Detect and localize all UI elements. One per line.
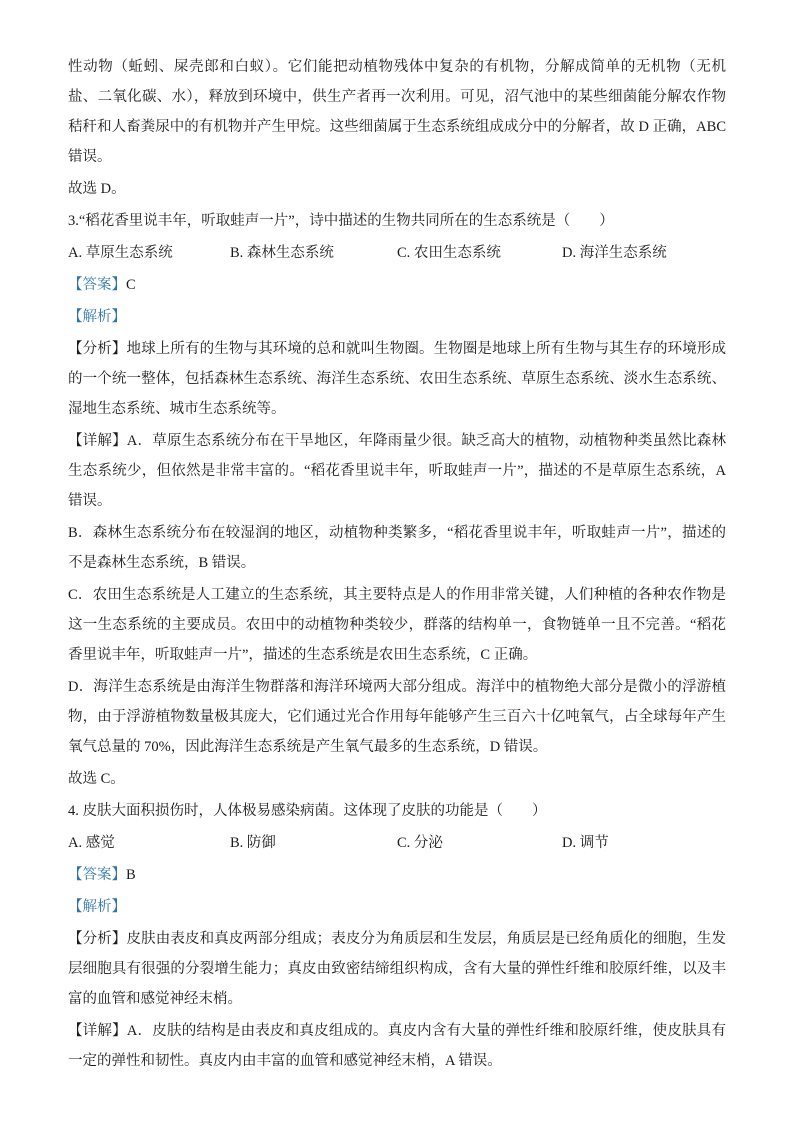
- question-3-options: A. 草原生态系统 B. 森林生态系统 C. 农田生态系统 D. 海洋生态系统: [68, 238, 726, 268]
- question-3-jiexi-line: 【解析】: [68, 302, 726, 332]
- question-4-stem: 4. 皮肤大面积损伤时，人体极易感染病菌。这体现了皮肤的功能是（ ）: [68, 796, 726, 826]
- question-3-detail-c: C．农田生态系统是人工建立的生态系统，其主要特点是人的作用非常关键，人们种植的各…: [68, 580, 726, 670]
- option-text: 调节: [580, 835, 609, 851]
- question-4-jiexi-line: 【解析】: [68, 892, 726, 922]
- jiexi-marker: 【解析】: [68, 899, 126, 915]
- option-text: 海洋生态系统: [580, 245, 667, 261]
- question-4-option-a: A. 感觉: [68, 828, 230, 858]
- question-3-detail-b: B．森林生态系统分布在较湿润的地区，动植物种类繁多，“稻花香里说丰年，听取蛙声一…: [68, 518, 726, 578]
- question-3-option-c: C. 农田生态系统: [397, 238, 562, 268]
- option-label: A.: [68, 245, 82, 261]
- option-text: 草原生态系统: [86, 245, 173, 261]
- prev-question-detail-tail: 性动物（蚯蚓、屎壳郎和白蚁）。它们能把动植物残体中复杂的有机物，分解成简单的无机…: [68, 52, 726, 172]
- question-4-analysis: 【分析】皮肤由表皮和真皮两部分组成；表皮分为角质层和生发层，角质层是已经角质化的…: [68, 924, 726, 1014]
- option-text: 森林生态系统: [247, 245, 334, 261]
- question-4-option-b: B. 防御: [230, 828, 397, 858]
- question-4-answer-line: 【答案】B: [68, 860, 726, 890]
- option-label: D.: [562, 245, 576, 261]
- prev-question-conclusion: 故选 D。: [68, 174, 726, 204]
- question-3-analysis: 【分析】地球上所有的生物与其环境的总和就叫生物圈。生物圈是地球上所有生物与其生存…: [68, 334, 726, 424]
- question-4-options: A. 感觉 B. 防御 C. 分泌 D. 调节: [68, 828, 726, 858]
- question-3-detail-a: 【详解】A．草原生态系统分布在干旱地区，年降雨量少很。缺乏高大的植物，动植物种类…: [68, 426, 726, 516]
- answer-marker: 【答案】: [68, 277, 126, 293]
- question-3-option-d: D. 海洋生态系统: [562, 238, 726, 268]
- question-3-detail-d: D．海洋生态系统是由海洋生物群落和海洋环境两大部分组成。海洋中的植物绝大部分是微…: [68, 672, 726, 762]
- option-label: B.: [230, 245, 243, 261]
- question-3-answer-line: 【答案】C: [68, 270, 726, 300]
- option-label: B.: [230, 835, 243, 851]
- question-4-option-c: C. 分泌: [397, 828, 562, 858]
- option-text: 分泌: [414, 835, 443, 851]
- option-label: A.: [68, 835, 82, 851]
- option-label: C.: [397, 835, 410, 851]
- option-text: 感觉: [86, 835, 115, 851]
- question-4-answer: B: [126, 867, 136, 883]
- question-3-conclusion: 故选 C。: [68, 764, 726, 794]
- question-4-option-d: D. 调节: [562, 828, 726, 858]
- option-text: 农田生态系统: [414, 245, 501, 261]
- option-label: D.: [562, 835, 576, 851]
- question-3-option-b: B. 森林生态系统: [230, 238, 397, 268]
- option-label: C.: [397, 245, 410, 261]
- document-page: 性动物（蚯蚓、屎壳郎和白蚁）。它们能把动植物残体中复杂的有机物，分解成简单的无机…: [0, 0, 793, 1122]
- jiexi-marker: 【解析】: [68, 309, 126, 325]
- question-4-detail-a: 【详解】A．皮肤的结构是由表皮和真皮组成的。真皮内含有大量的弹性纤维和胶原纤维，…: [68, 1016, 726, 1076]
- question-3-option-a: A. 草原生态系统: [68, 238, 230, 268]
- question-3-answer: C: [126, 277, 136, 293]
- option-text: 防御: [247, 835, 276, 851]
- question-3-stem: 3.“稻花香里说丰年，听取蛙声一片”，诗中描述的生物共同所在的生态系统是（ ）: [68, 206, 726, 236]
- answer-marker: 【答案】: [68, 867, 126, 883]
